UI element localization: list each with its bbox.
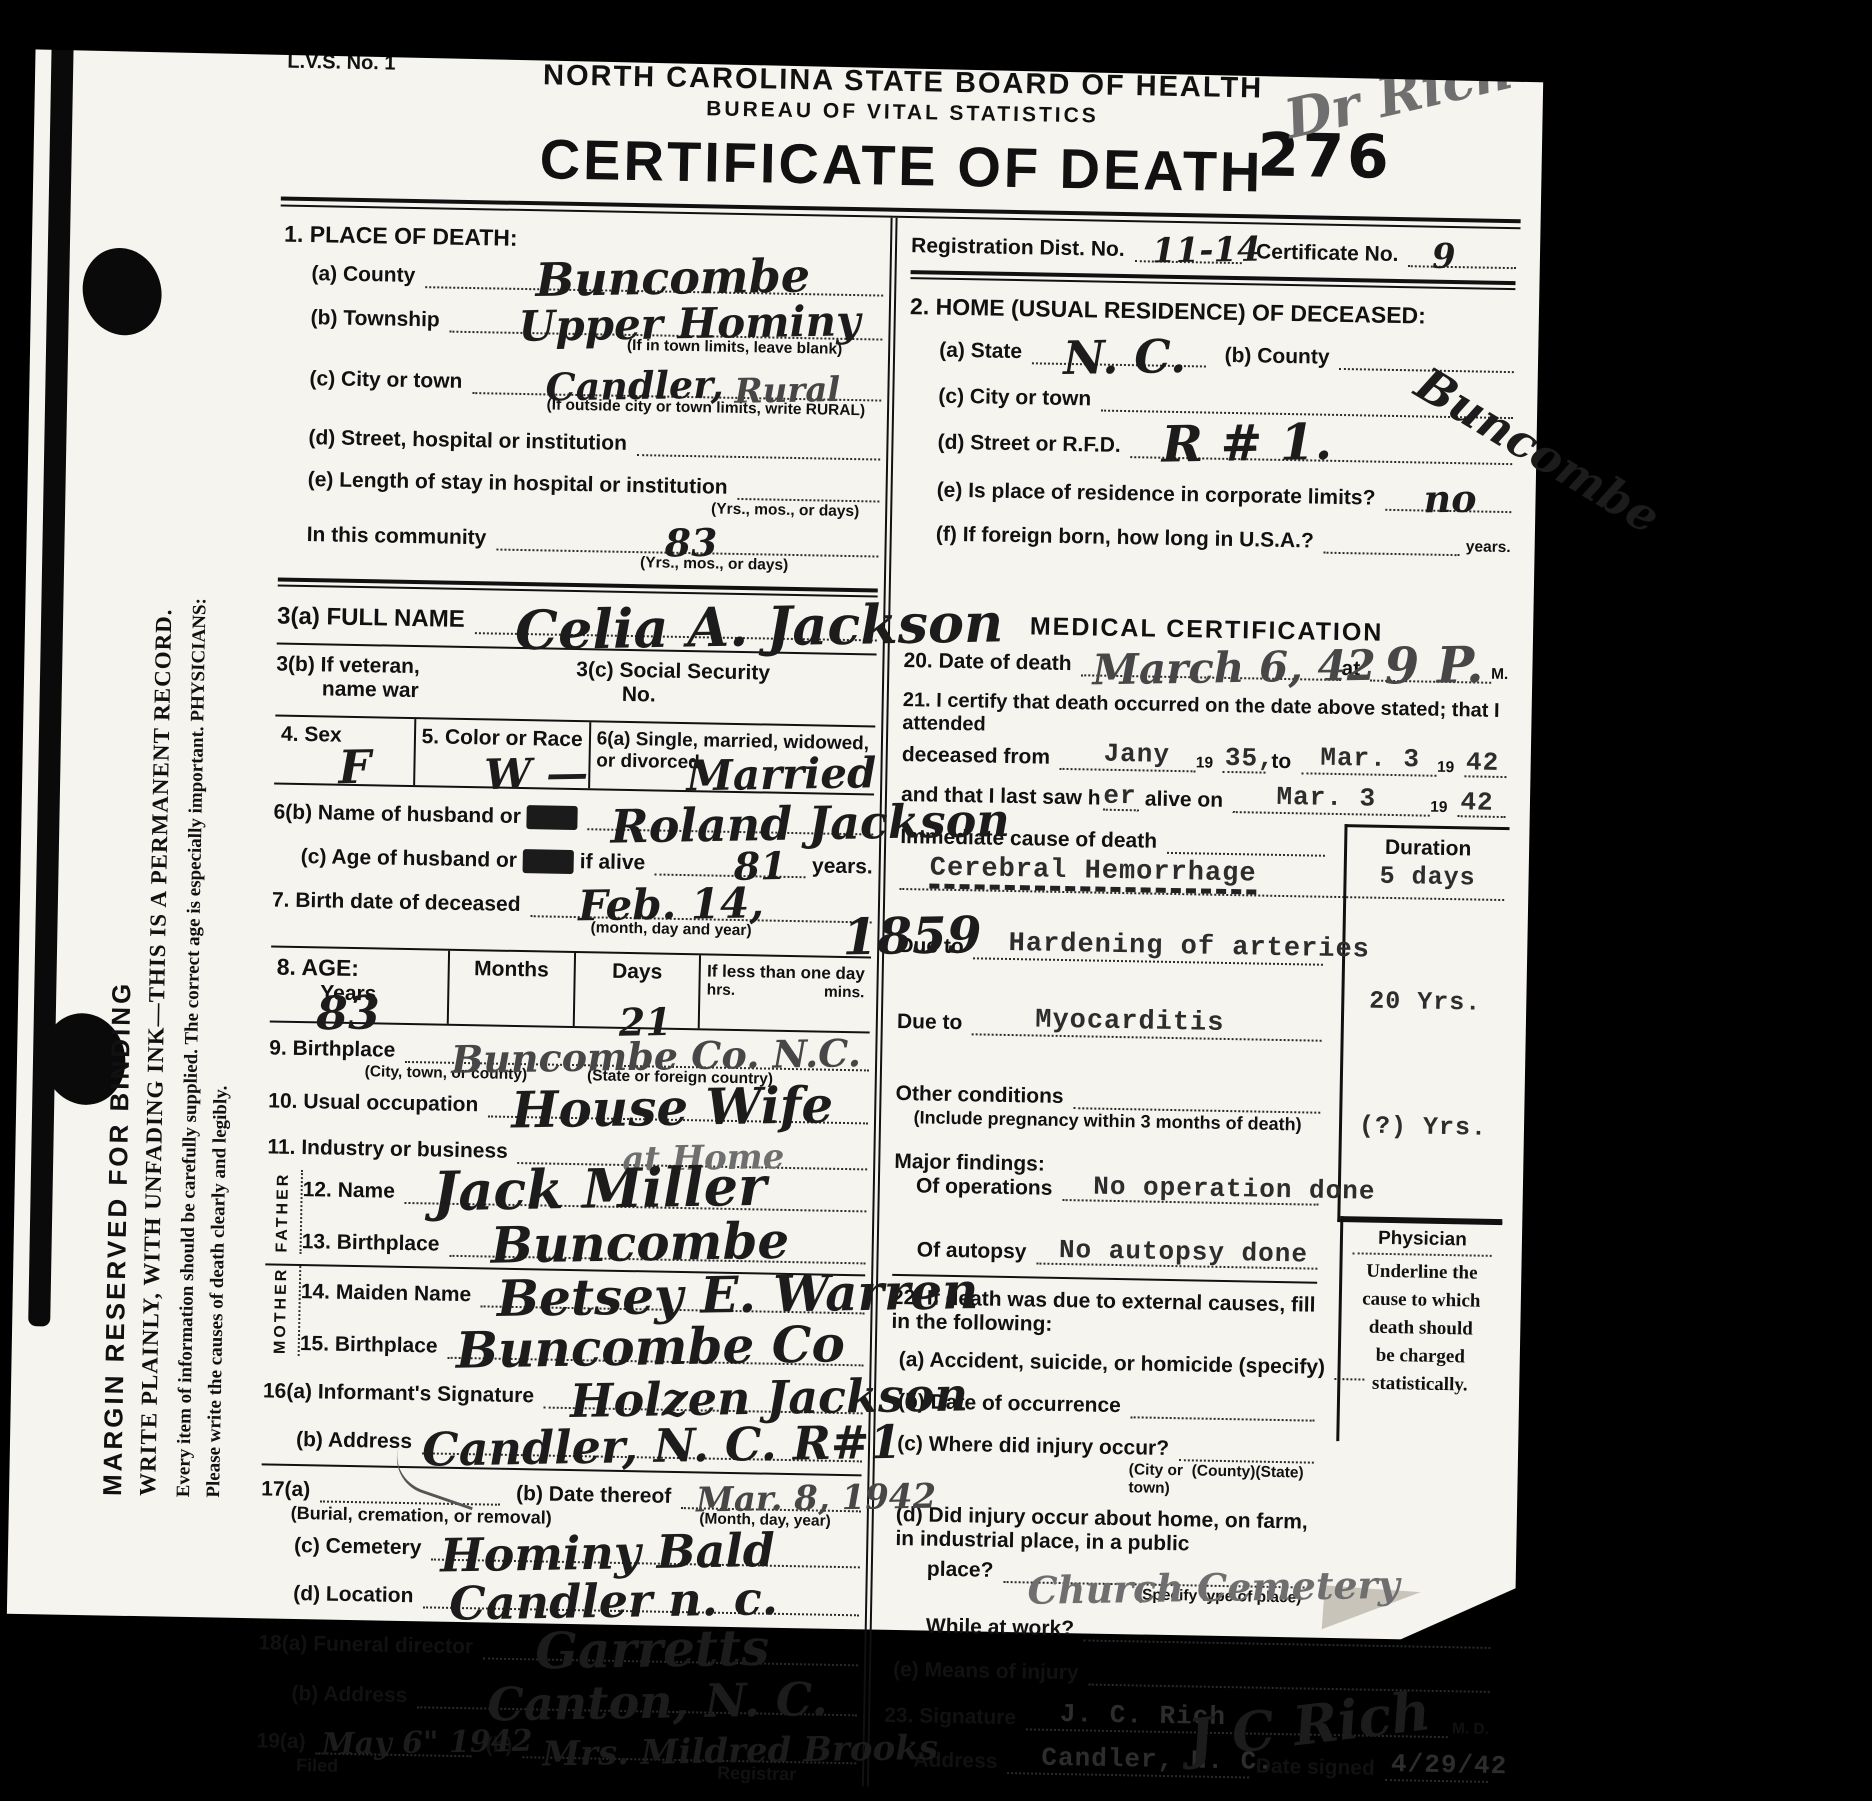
- last-saw-value: Mar. 3: [1276, 784, 1376, 812]
- race-label: 5. Color or Race: [421, 725, 582, 751]
- residence-city-label: (c) City or town: [938, 385, 1091, 412]
- father-side: FATHER: [266, 1169, 304, 1254]
- physician-box-title: Physician: [1353, 1227, 1492, 1257]
- mother-birthplace-line[interactable]: Buncombe Co: [447, 1340, 864, 1366]
- due-to-2-label: Due to: [897, 1010, 963, 1035]
- from-year-prefix: 19: [1196, 754, 1214, 772]
- age-days-header: Days: [612, 960, 663, 984]
- home-county-label: (b) County: [1224, 344, 1329, 370]
- age-months-cell[interactable]: Months: [449, 951, 576, 1026]
- corporate-limits-line[interactable]: no: [1385, 492, 1511, 513]
- while-at-work-label: While at work?: [926, 1615, 1075, 1642]
- duration-due2: (?) Yrs.: [1342, 1111, 1505, 1143]
- date-of-death-line[interactable]: March 6, 42: [1081, 657, 1341, 681]
- father-birthplace-value: Buncombe: [491, 1216, 790, 1271]
- deceased-from-label: deceased from: [902, 743, 1051, 770]
- street-label: (d) Street, hospital or institution: [308, 426, 627, 456]
- birth-date-value: Feb. 14,: [578, 882, 765, 927]
- from-year-value: 35,: [1225, 745, 1275, 772]
- disposition-line[interactable]: [320, 1484, 500, 1506]
- physician-box: Physician Underline the cause to which d…: [1336, 1216, 1502, 1444]
- certificate-no-line[interactable]: 9: [1408, 248, 1516, 269]
- residence-street-label: (d) Street or R.F.D.: [937, 431, 1121, 458]
- marital-cell[interactable]: 6(a) Single, married, widowed, or divorc…: [590, 722, 876, 793]
- to-year-prefix: 19: [1437, 759, 1455, 777]
- funeral-director-line[interactable]: Garretts: [483, 1641, 859, 1652]
- funeral-director-label: 18(a) Funeral director: [258, 1631, 473, 1652]
- cemetery-overflow-pencil: Church Cemetery: [1028, 1566, 1401, 1610]
- spouse-age-line[interactable]: 81: [655, 857, 806, 879]
- corporate-limits-label: (e) Is place of residence in corporate l…: [936, 479, 1375, 511]
- certify-statement: 21. I certify that death occurred on the…: [902, 689, 1508, 746]
- full-name-line[interactable]: Celia A. Jackson: [474, 615, 877, 641]
- mother-block: MOTHER 14. Maiden Name Betsey E. Warren …: [264, 1263, 866, 1366]
- physician-box-line2: cause to which: [1342, 1288, 1501, 1313]
- township-label: (b) Township: [310, 306, 439, 332]
- binding-bar: [28, 16, 74, 1326]
- community-label: In this community: [306, 523, 486, 550]
- age-months-header: Months: [474, 957, 549, 981]
- attended-from-line[interactable]: Jany: [1060, 751, 1196, 772]
- duration-due1: 20 Yrs.: [1344, 986, 1507, 1018]
- informant-address-value: Candler, N. C. R#1: [422, 1419, 902, 1473]
- home-state-value: N. C.: [1063, 333, 1187, 381]
- birthplace-label: 9. Birthplace: [269, 1036, 395, 1062]
- cemetery-line[interactable]: Hominy Bald: [431, 1542, 860, 1569]
- immediate-cause-line[interactable]: [1167, 835, 1325, 857]
- due-to-1-line[interactable]: Hardening of arteries: [973, 941, 1323, 966]
- race-cell[interactable]: 5. Color or Race W —: [415, 719, 591, 788]
- sex-cell[interactable]: 4. Sex F: [274, 717, 416, 786]
- age-mins-label: mins.: [824, 984, 865, 1003]
- external-d-label2: place?: [927, 1558, 994, 1583]
- date-of-death-value: March 6, 42: [1092, 645, 1376, 692]
- mother-name-label: 14. Maiden Name: [301, 1280, 472, 1307]
- mother-birthplace-value: Buncombe Co: [456, 1319, 846, 1375]
- spouse-age-label: (c) Age of husband or: [301, 845, 518, 873]
- certificate-no-value: 9: [1432, 240, 1456, 274]
- place-of-death-heading: 1. PLACE OF DEATH:: [284, 221, 518, 252]
- age-label: 8. AGE:: [277, 954, 360, 982]
- race-value: W —: [484, 752, 588, 796]
- county-line[interactable]: Buncombe: [425, 269, 884, 296]
- county-label: (a) County: [311, 262, 415, 288]
- father-birthplace-line[interactable]: Buncombe: [449, 1238, 866, 1264]
- cemetery-value: Hominy Bald: [440, 1527, 776, 1579]
- from-year-line[interactable]: 35,: [1223, 754, 1266, 774]
- saw-year-value: 42: [1460, 789, 1494, 816]
- mother-side: MOTHER: [264, 1265, 302, 1356]
- certificate-paper: MARGIN RESERVED FOR BINDING WRITE PLAINL…: [7, 24, 1544, 1641]
- due-to-2-line[interactable]: Myocarditis: [972, 1017, 1322, 1042]
- father-name-value: Jack Miller: [432, 1159, 767, 1219]
- age-hrs-label: hrs.: [707, 981, 736, 999]
- spouse-line[interactable]: Roland Jackson: [588, 811, 874, 835]
- mother-name-line[interactable]: Betsey E. Warren: [481, 1289, 865, 1315]
- home-city-label: (c) City or town: [309, 367, 462, 394]
- cemetery-location-line[interactable]: Candler n. c.: [423, 1590, 859, 1617]
- ssn-label2: No.: [576, 682, 876, 711]
- physician-box-line5: statistically.: [1340, 1372, 1499, 1397]
- margin-note-ink: WRITE PLAINLY, WITH UNFADING INK—THIS IS…: [135, 608, 177, 1496]
- township-value: Upper Hominy: [519, 300, 862, 348]
- cemetery-label: (c) Cemetery: [294, 1534, 422, 1560]
- to-year-value: 42: [1466, 749, 1500, 776]
- certificate-form: L.V.S. No. 1 NORTH CAROLINA STATE BOARD …: [252, 41, 1524, 1652]
- funeral-director-value: Garretts: [535, 1623, 770, 1652]
- external-c-label: (c) Where did injury occur?: [897, 1432, 1169, 1461]
- corporate-limits-value: no: [1423, 480, 1477, 519]
- foreign-born-unit: years.: [1466, 538, 1511, 557]
- father-side-label: FATHER: [274, 1171, 293, 1252]
- external-c-note1: (City or town): [1128, 1461, 1192, 1498]
- occupation-line[interactable]: House Wife: [488, 1099, 868, 1125]
- immediate-cause-value: Cerebral Hemorrhage: [929, 854, 1256, 895]
- full-name-label: 3(a) FULL NAME: [277, 603, 465, 634]
- sex-race-marital-band: 4. Sex F 5. Color or Race W — 6(a) Singl…: [274, 715, 875, 796]
- spouse-age-unit: years.: [812, 854, 873, 879]
- sex-value: F: [338, 744, 371, 791]
- duration-header: Duration: [1347, 835, 1509, 862]
- spouse-label: 6(b) Name of husband or: [273, 800, 521, 829]
- registration-dist-label: Registration Dist. No.: [911, 234, 1125, 262]
- informant-address-line[interactable]: Candler, N. C. R#1: [422, 1436, 862, 1463]
- home-state-label: (a) State: [939, 339, 1022, 365]
- community-value: 83: [664, 524, 718, 563]
- external-d-label: (d) Did injury occur about home, on farm…: [895, 1503, 1313, 1559]
- occupation-label: 10. Usual occupation: [268, 1089, 478, 1117]
- age-band: 8. AGE: Years 83 Months Days 21 If less …: [270, 945, 871, 1033]
- residence-street-value: R # 1.: [1161, 417, 1332, 470]
- cemetery-location-label: (d) Location: [293, 1582, 414, 1608]
- birth-year-value: 1859: [842, 910, 982, 962]
- county-value: Buncombe: [535, 252, 810, 303]
- spouse-age-label2: if alive: [580, 850, 646, 875]
- external-c-note2: (County): [1191, 1462, 1255, 1499]
- external-c-line[interactable]: [1179, 1442, 1314, 1463]
- registration-dist-value: 11-14: [1152, 233, 1261, 269]
- mother-side-label: MOTHER: [272, 1267, 292, 1355]
- operations-value: No operation done: [1093, 1174, 1376, 1205]
- informant-signature-label: 16(a) Informant's Signature: [263, 1379, 534, 1408]
- other-conditions-label: Other conditions: [895, 1082, 1063, 1109]
- saw-year-line[interactable]: 42: [1457, 798, 1506, 818]
- punch-hole: [72, 238, 172, 345]
- time-of-death-line[interactable]: 9 P.: [1370, 663, 1491, 684]
- stay-note: (Yrs., mos., or days): [711, 500, 859, 521]
- father-block: FATHER 12. Name Jack Miller 13. Birthpla…: [266, 1169, 868, 1264]
- informant-signature-line[interactable]: Holzen Jackson: [544, 1390, 863, 1415]
- autopsy-line[interactable]: No autopsy done: [1036, 1246, 1318, 1270]
- time-of-death-value: 9 P.: [1384, 640, 1484, 692]
- informant-address-label: (b) Address: [296, 1428, 412, 1454]
- duration-immediate: 5 days: [1346, 861, 1509, 893]
- physician-box-line3: death should: [1341, 1316, 1500, 1341]
- external-b-line[interactable]: [1131, 1399, 1315, 1421]
- age-years-value: 83: [316, 989, 381, 1036]
- attended-from-value: Jany: [1103, 741, 1170, 768]
- veteran-label2: name war: [276, 677, 576, 706]
- m-label: M.: [1491, 666, 1509, 684]
- home-state-line[interactable]: N. C.: [1032, 346, 1207, 368]
- disposition-date-line[interactable]: Mar. 8, 1942: [681, 1490, 861, 1512]
- physician-box-line4: be charged: [1341, 1344, 1500, 1369]
- residence-street-line[interactable]: R # 1.: [1130, 439, 1512, 465]
- saw-year-prefix: 19: [1430, 799, 1448, 817]
- attended-to-line[interactable]: Mar. 3: [1301, 756, 1437, 777]
- operations-label: Of operations: [894, 1174, 1053, 1201]
- age-years-cell[interactable]: 8. AGE: Years 83: [270, 947, 450, 1023]
- physician-box-line1: Underline the: [1342, 1260, 1501, 1285]
- major-findings-label: Major findings:: [894, 1150, 1053, 1177]
- disposition-date-value: Mar. 8, 1942: [695, 1480, 936, 1518]
- age-days-cell[interactable]: Days 21: [574, 953, 701, 1028]
- city-rural-value: Rural: [734, 373, 840, 409]
- foreign-born-line[interactable]: [1324, 535, 1460, 556]
- operations-line[interactable]: No operation done: [1062, 1182, 1319, 1205]
- external-c-note3: (State): [1255, 1464, 1304, 1501]
- external-d-line[interactable]: Church Cemetery: [1003, 1564, 1312, 1588]
- sex-label: 4. Sex: [281, 723, 342, 747]
- home-section-heading: 2. HOME (USUAL RESIDENCE) OF DECEASED:: [910, 293, 1426, 329]
- to-year-line[interactable]: 42: [1464, 759, 1507, 779]
- father-birthplace-label: 13. Birthplace: [302, 1230, 440, 1257]
- disposition-date-label: (b) Date thereof: [516, 1482, 672, 1509]
- autopsy-value: No autopsy done: [1059, 1237, 1308, 1268]
- birthplace-line[interactable]: Buncombe Co. N.C.: [405, 1044, 869, 1071]
- birth-date-line[interactable]: Feb. 14,: [530, 898, 872, 923]
- er-line[interactable]: er: [1102, 792, 1139, 811]
- left-column: 1. PLACE OF DEATH: (a) County Buncombe (…: [252, 207, 891, 1652]
- disposition-label: 17(a): [261, 1477, 310, 1502]
- city-value: Candler,: [546, 366, 725, 407]
- certificate-no-label: Certificate No.: [1256, 240, 1399, 267]
- er-value: er: [1103, 783, 1137, 810]
- street-line[interactable]: [637, 437, 881, 460]
- age-less-cell[interactable]: If less than one day hrs. mins.: [700, 955, 871, 1031]
- registration-dist-line[interactable]: 11-14: [1134, 243, 1242, 264]
- foreign-born-label: (f) If foreign born, how long in U.S.A.?: [936, 523, 1314, 554]
- spouse-age-label-smudged: wife: [523, 849, 574, 874]
- section-rule: [911, 270, 1516, 290]
- stay-line[interactable]: [737, 481, 879, 502]
- spouse-label-smudged: wife: [527, 805, 578, 830]
- occupation-value: House Wife: [511, 1080, 834, 1135]
- alive-on-label: alive on: [1145, 787, 1224, 812]
- home-county-line[interactable]: Buncombe: [1339, 351, 1514, 373]
- last-saw-line[interactable]: Mar. 3: [1233, 794, 1431, 816]
- disposition-note: (Burial, cremation, or removal): [291, 1503, 552, 1529]
- folded-corner: [1397, 1585, 1518, 1643]
- father-name-label: 12. Name: [302, 1178, 395, 1204]
- birthplace-value: Buncombe Co. N.C.: [451, 1034, 861, 1079]
- spouse-value: Roland Jackson: [610, 797, 1010, 850]
- due-to-2-value: Myocarditis: [1035, 1007, 1225, 1037]
- due-to-1-value: Hardening of arteries: [1008, 931, 1370, 965]
- duration-box: Duration 5 days 20 Yrs. (?) Yrs.: [1337, 824, 1509, 1225]
- marital-value: Married: [686, 752, 877, 797]
- attended-to-value: Mar. 3: [1320, 745, 1420, 773]
- birth-date-label: 7. Birth date of deceased: [272, 888, 521, 917]
- mother-birthplace-label: 15. Birthplace: [300, 1332, 438, 1359]
- margin-note-causes: Please write the causes of death clearly…: [203, 1085, 233, 1497]
- father-name-line[interactable]: Jack Miller: [405, 1185, 867, 1212]
- full-name-value: Celia A. Jackson: [514, 595, 1003, 657]
